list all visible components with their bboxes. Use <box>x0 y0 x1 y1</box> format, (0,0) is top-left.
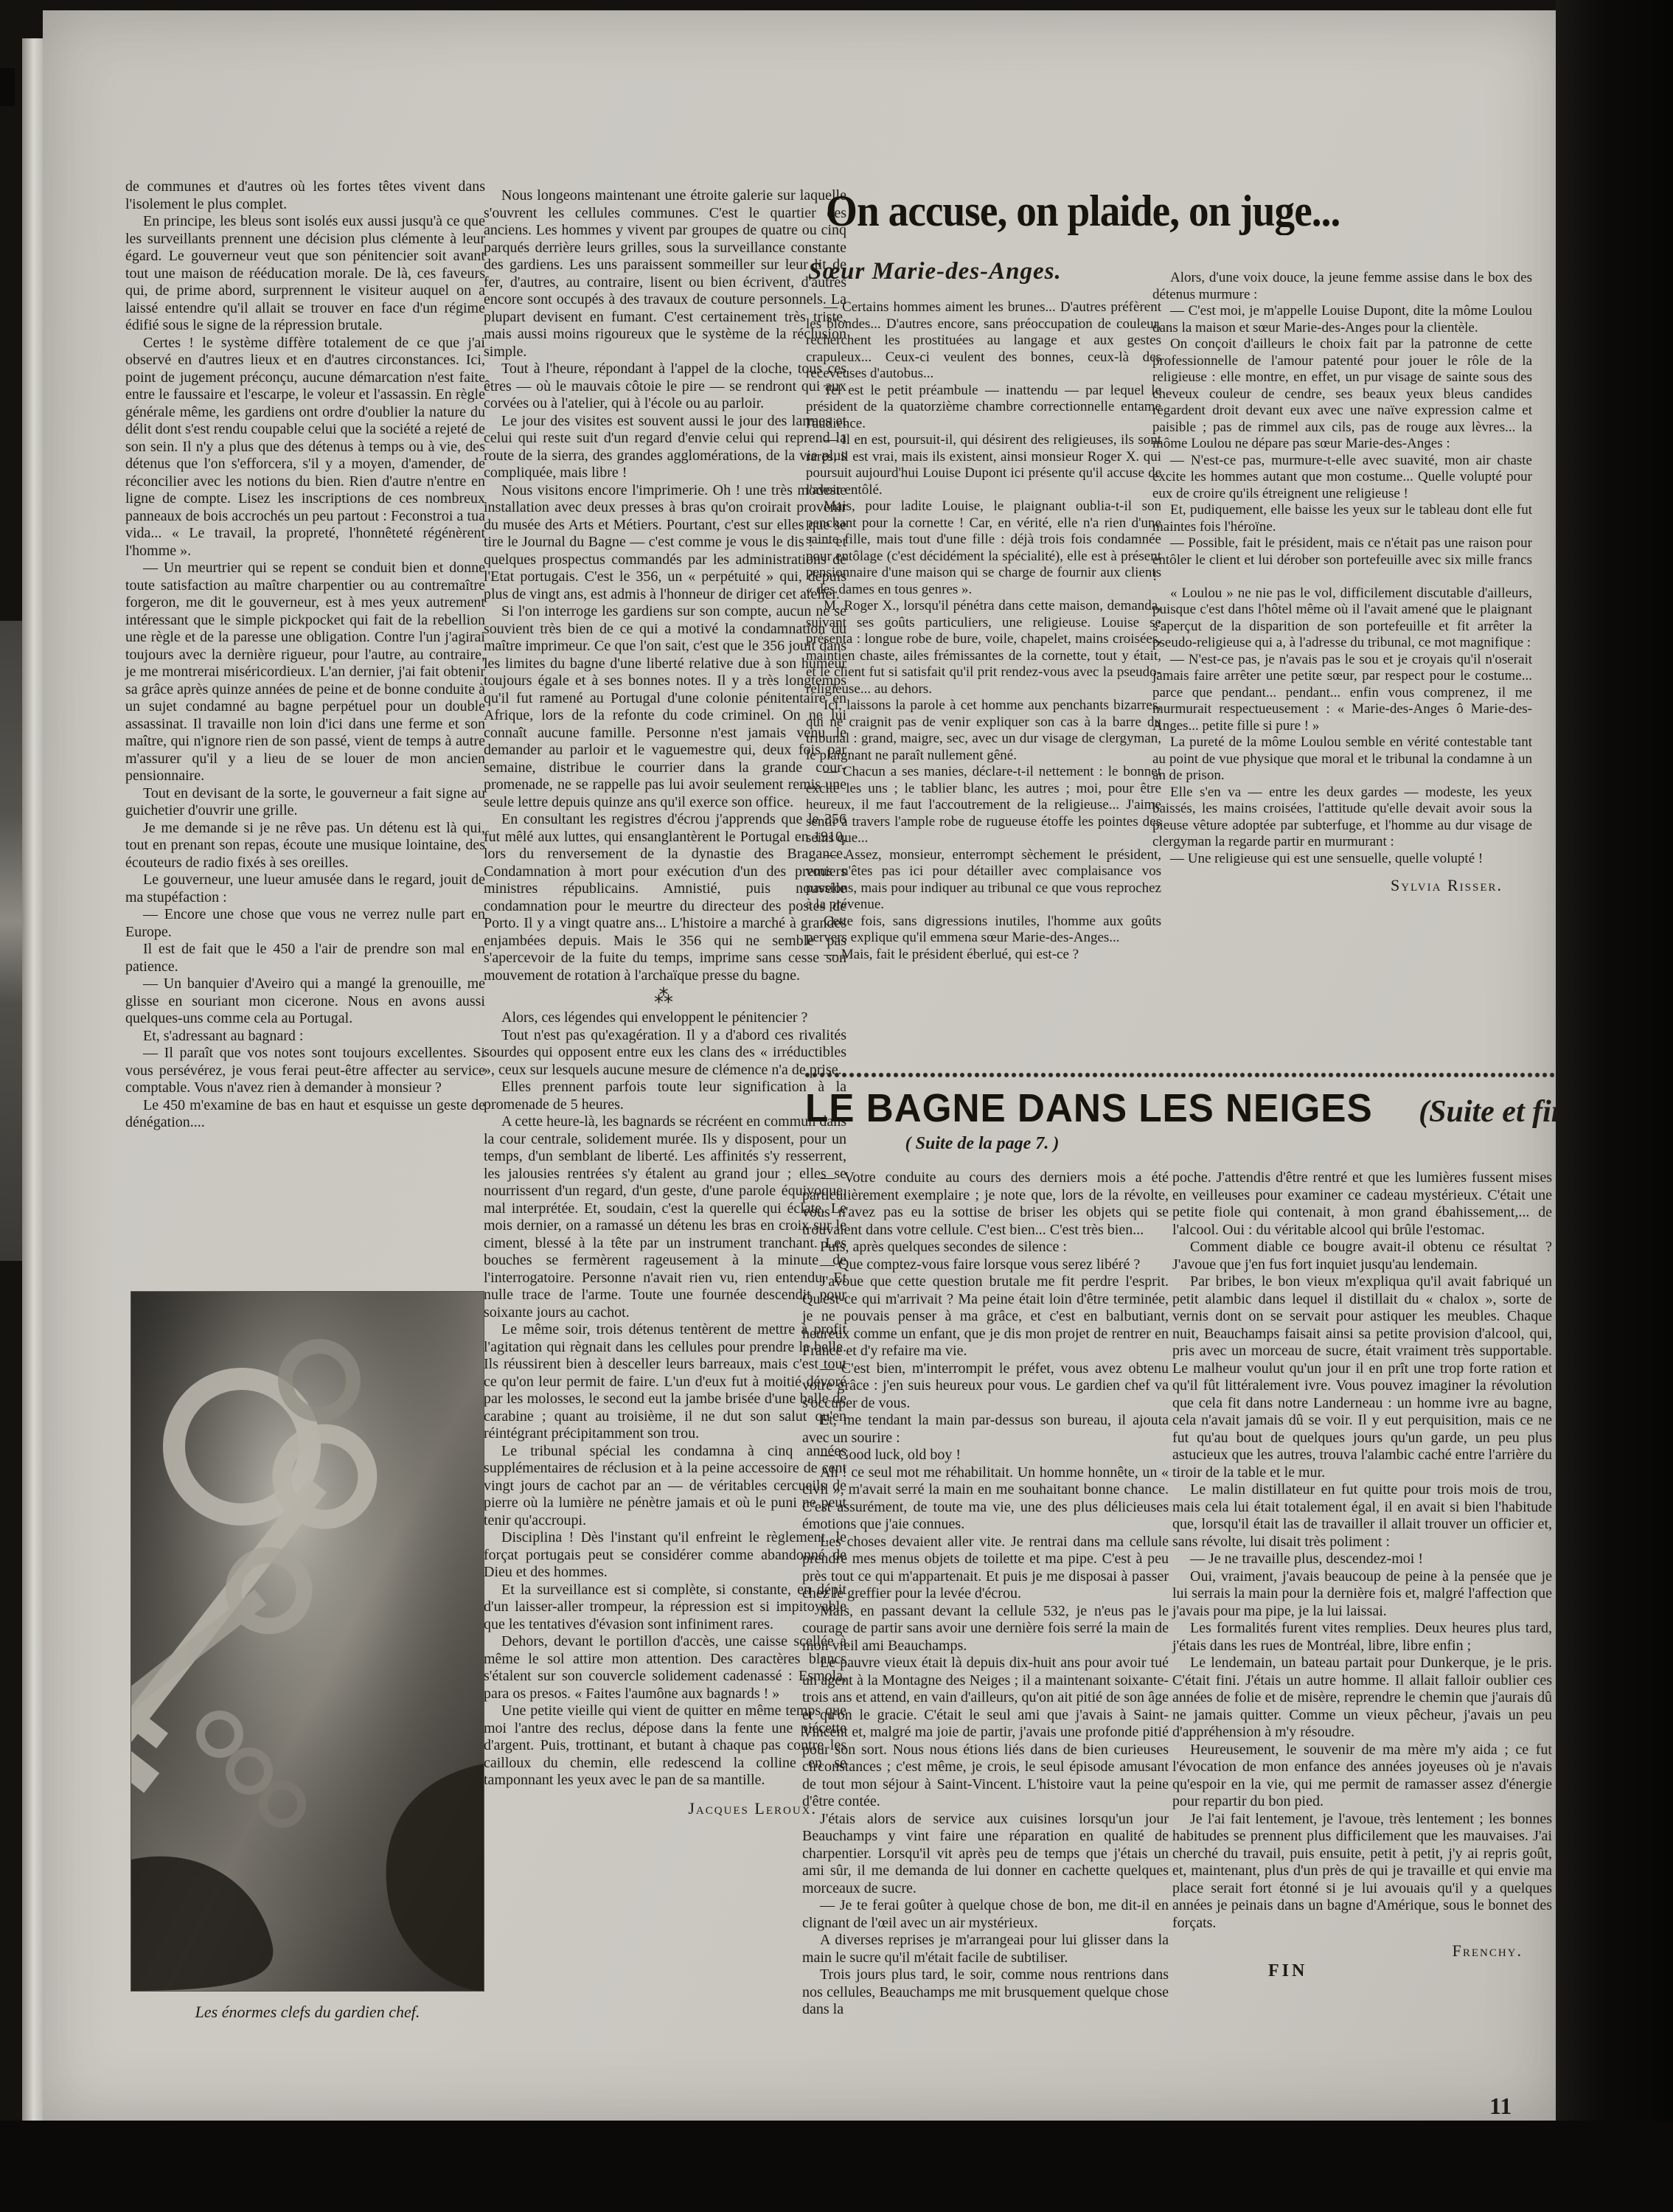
accuse-headline: On accuse, on plaide, on juge... <box>826 186 1563 237</box>
paragraph: — Un banquier d'Aveiro qui a mangé la gr… <box>125 975 485 1028</box>
paragraph: Trois jours plus tard, le soir, comme no… <box>802 1966 1169 2019</box>
paragraph: — Mais, fait le président éberlué, qui e… <box>806 947 1161 964</box>
paragraph: — N'est-ce pas, murmure-t-elle avec suav… <box>1152 453 1532 503</box>
paragraph: Alors, d'une voix douce, la jeune femme … <box>1152 270 1532 303</box>
paragraph: Et la surveillance est si complète, si c… <box>484 1582 846 1634</box>
paragraph: — Je ne travaille plus, descendez-moi ! <box>1172 1551 1552 1568</box>
paragraph: Tout en devisant de la sorte, le gouvern… <box>125 785 485 820</box>
chain-rule-separator <box>804 1072 1554 1079</box>
accuse-column-1: — Certains hommes aiment les brunes... D… <box>806 299 1161 963</box>
bagne-headline-text: LE BAGNE DANS LES NEIGES <box>805 1085 1373 1131</box>
paragraph: Tel est le petit préambule — inattendu —… <box>806 383 1161 433</box>
paragraph: Heureusement, le souvenir de ma mère m'y… <box>1172 1742 1552 1811</box>
paragraph: Une petite vieille qui vient de quitter … <box>484 1703 846 1790</box>
paragraph: — Possible, fait le président, mais ce n… <box>1152 535 1532 585</box>
paragraph: Je l'ai fait lentement, je l'avoue, très… <box>1172 1811 1552 1933</box>
paragraph: — Je te ferai goûter à quelque chose de … <box>802 1897 1169 1932</box>
accuse-headline-text: On accuse, on plaide, on juge... <box>826 186 1340 237</box>
paragraph: — C'est moi, je m'appelle Louise Dupont,… <box>1152 303 1532 336</box>
byline-frenchy: Frenchy. <box>1172 1942 1552 1960</box>
paragraph: — Que comptez-vous faire lorsque vous se… <box>802 1256 1169 1274</box>
asterism-separator: ⁂ <box>484 984 846 1009</box>
paragraph: En consultant les registres d'écrou j'ap… <box>484 811 846 984</box>
prison-column-2-part2: Alors, ces légendes qui enveloppent le p… <box>484 1009 846 1790</box>
paragraph: Je me demande si je ne rêve pas. Un déte… <box>125 820 485 872</box>
paragraph: Le même soir, trois détenus tentèrent de… <box>484 1321 846 1443</box>
paragraph: Si l'on interroge les gardiens sur son c… <box>484 603 846 811</box>
paragraph: — Assez, monsieur, enterrompt sèchement … <box>806 847 1161 914</box>
paragraph: Tout à l'heure, répondant à l'appel de l… <box>484 361 846 413</box>
paragraph: Et, pudiquement, elle baisse les yeux su… <box>1152 502 1532 535</box>
paragraph: — Good luck, old boy ! <box>802 1447 1169 1464</box>
paragraph: En principe, les bleus sont isolés eux a… <box>125 213 485 335</box>
paragraph: Nous visitons encore l'imprimerie. Oh ! … <box>484 482 846 604</box>
paragraph: Comment diable ce bougre avait-il obtenu… <box>1172 1239 1552 1273</box>
paragraph: Les formalités furent vites remplies. De… <box>1172 1620 1552 1655</box>
paragraph: — Il paraît que vos notes sont toujours … <box>125 1045 485 1097</box>
bottom-scan-edge <box>0 2121 1673 2212</box>
paragraph: Le pauvre vieux était là depuis dix-huit… <box>802 1655 1169 1811</box>
right-scan-edge <box>1556 0 1673 2212</box>
paragraph: Disciplina ! Dès l'instant qu'il enfrein… <box>484 1529 846 1582</box>
paragraph: — Il en est, poursuit-il, qui désirent d… <box>806 432 1161 498</box>
paragraph: M. Roger X., lorsqu'il pénétra dans cett… <box>806 598 1161 698</box>
paragraph: Ah ! ce seul mot me réhabilitait. Un hom… <box>802 1464 1169 1534</box>
paragraph: La pureté de la môme Loulou semble en vé… <box>1152 734 1532 785</box>
paragraph: Ici, laissons la parole à cet homme aux … <box>806 698 1161 764</box>
paragraph: Les choses devaient aller vite. Je rentr… <box>802 1534 1169 1603</box>
paragraph: Tout n'est pas qu'exagération. Il y a d'… <box>484 1027 846 1079</box>
bagne-column-2: poche. J'attendis d'être rentré et que l… <box>1172 1169 1552 1980</box>
keys-photo <box>131 1292 484 1991</box>
paragraph: Mais, pour ladite Louise, le plaignant o… <box>806 498 1161 598</box>
paragraph: de communes et d'autres où les fortes tê… <box>125 178 485 213</box>
paragraph: — N'est-ce pas, je n'avais pas le sou et… <box>1152 652 1532 735</box>
page-number: 11 <box>1489 2093 1512 2120</box>
left-edge-mark <box>0 68 15 106</box>
paragraph: Alors, ces légendes qui enveloppent le p… <box>484 1009 846 1027</box>
paragraph: « Loulou » ne nie pas le vol, difficilem… <box>1152 585 1532 652</box>
paragraph: Puis, après quelques secondes de silence… <box>802 1239 1169 1256</box>
paragraph: J'avoue que cette question brutale me fi… <box>802 1273 1169 1360</box>
accuse-column-2-text: Alors, d'une voix douce, la jeune femme … <box>1152 270 1532 867</box>
paragraph: Elle s'en va — entre les deux gardes — m… <box>1152 785 1532 851</box>
accuse-column-2: Alors, d'une voix douce, la jeune femme … <box>1152 270 1532 894</box>
photo-caption: Les énormes clefs du gardien chef. <box>131 2003 484 2022</box>
paragraph: Par bribes, le bon vieux m'expliqua qu'i… <box>1172 1273 1552 1481</box>
paragraph: On conçoit d'ailleurs le choix fait par … <box>1152 336 1532 453</box>
paragraph: Le 450 m'examine de bas en haut et esqui… <box>125 1097 485 1132</box>
byline-jacques-leroux: Jacques Leroux. <box>484 1800 846 1818</box>
paragraph: Oui, vraiment, j'avais beaucoup de peine… <box>1172 1568 1552 1621</box>
paragraph: — Un meurtrier qui se repent se conduit … <box>125 560 485 785</box>
paragraph: Le lendemain, un bateau partait pour Dun… <box>1172 1655 1552 1742</box>
paragraph: Nous longeons maintenant une étroite gal… <box>484 187 846 361</box>
magazine-page: de communes et d'autres où les fortes tê… <box>43 10 1556 2121</box>
paragraph: J'étais alors de service aux cuisines lo… <box>802 1811 1169 1898</box>
byline-sylvia-risser: Sylvia Risser. <box>1152 877 1532 894</box>
paragraph: Et, s'adressant au bagnard : <box>125 1028 485 1046</box>
paragraph: Le malin distillateur en fut quitte pour… <box>1172 1481 1552 1551</box>
bagne-subtitle: ( Suite de la page 7. ) <box>805 1134 1159 1154</box>
paragraph: Certes ! le système diffère totalement d… <box>125 335 485 560</box>
paragraph: A diverses reprises je m'arrangeai pour … <box>802 1932 1169 1966</box>
paragraph: Cette fois, sans digressions inutiles, l… <box>806 914 1161 947</box>
prison-column-1: de communes et d'autres où les fortes tê… <box>125 178 485 1132</box>
left-page-edge <box>22 38 43 2121</box>
prison-column-2: Nous longeons maintenant une étroite gal… <box>484 187 846 1817</box>
bagne-column-2-text: poche. J'attendis d'être rentré et que l… <box>1172 1169 1552 1932</box>
accuse-subhead: Sœur Marie-des-Anges. <box>808 258 1192 285</box>
fin-label: FIN <box>1172 1963 1552 1980</box>
paragraph: — Certains hommes aiment les brunes... D… <box>806 299 1161 383</box>
prison-column-2-part1: Nous longeons maintenant une étroite gal… <box>484 187 846 984</box>
paragraph: — C'est bien, m'interrompit le préfet, v… <box>802 1360 1169 1413</box>
bagne-headline: LE BAGNE DANS LES NEIGES (Suite et fin.) <box>805 1085 1557 1131</box>
bagne-column-1: — Votre conduite au cours des derniers m… <box>802 1169 1169 2019</box>
adjacent-page-fragment <box>0 621 22 1261</box>
paragraph: Le gouverneur, une lueur amusée dans le … <box>125 872 485 906</box>
paragraph: A cette heure-là, les bagnards se récrée… <box>484 1113 846 1321</box>
paragraph: poche. J'attendis d'être rentré et que l… <box>1172 1169 1552 1239</box>
keys-photo-drawing <box>131 1292 484 1991</box>
paragraph: — Une religieuse qui est une sensuelle, … <box>1152 851 1532 868</box>
paragraph: Le jour des visites est souvent aussi le… <box>484 413 846 482</box>
paragraph: Il est de fait que le 450 a l'air de pre… <box>125 941 485 975</box>
paragraph: — Votre conduite au cours des derniers m… <box>802 1169 1169 1239</box>
paragraph: Elles prennent parfois toute leur signif… <box>484 1079 846 1113</box>
paragraph: — Chacun a ses manies, déclare-t-il nett… <box>806 764 1161 847</box>
paragraph: Le tribunal spécial les condamna à cinq … <box>484 1443 846 1530</box>
paragraph: Et, me tendant la main par-dessus son bu… <box>802 1412 1169 1447</box>
scan-background: { "page_number": "11", "article_prison":… <box>0 0 1673 2212</box>
paragraph: Dehors, devant le portillon d'accès, une… <box>484 1633 846 1703</box>
paragraph: — Encore une chose que vous ne verrez nu… <box>125 906 485 941</box>
paragraph: Mais, en passant devant la cellule 532, … <box>802 1603 1169 1655</box>
